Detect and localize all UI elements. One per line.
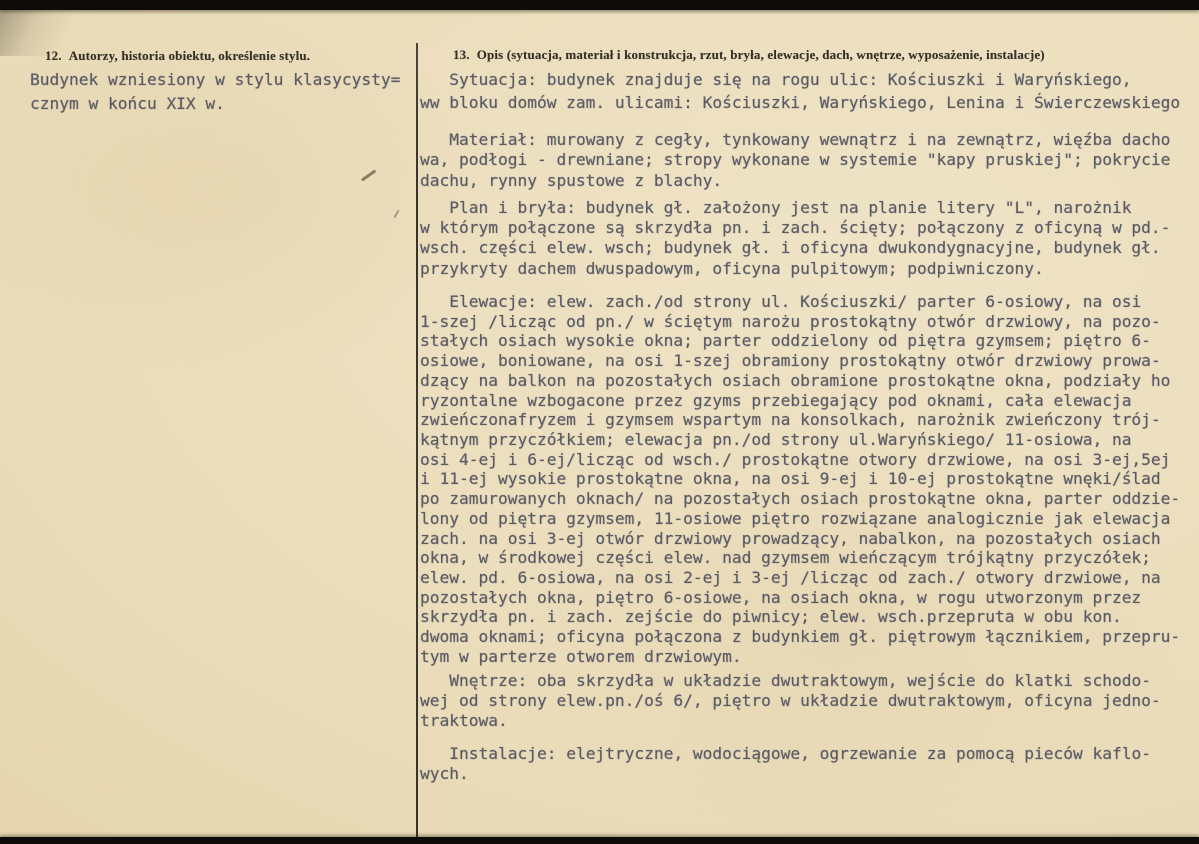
paragraph-wnetrze: Wnętrze: oba skrzydła w układzie dwutrak… xyxy=(420,671,1199,731)
section-13-number: 13. xyxy=(453,47,470,62)
paragraph-instalacje: Instalacje: elejtryczne, wodociągowe, og… xyxy=(420,744,1199,784)
paragraph-elewacje: Elewacje: elew. zach./od strony ul. Kośc… xyxy=(420,292,1199,666)
section-12-heading: 12.Autorzy, historia obiektu, określenie… xyxy=(45,48,310,64)
section-12-title: Autorzy, historia obiektu, określenie st… xyxy=(69,48,310,63)
section-12-body: Budynek wzniesiony w stylu klasycysty= c… xyxy=(30,68,415,116)
scan-edge-top xyxy=(0,0,1199,10)
scan-edge-bottom xyxy=(0,837,1199,844)
section-13-title: Opis (sytuacja, materiał i konstrukcja, … xyxy=(477,47,1045,62)
column-divider-line xyxy=(416,43,418,841)
section-12-number: 12. xyxy=(45,48,62,63)
section-13-column: 13.Opis (sytuacja, materiał i konstrukcj… xyxy=(420,47,1199,784)
pen-mark xyxy=(393,210,399,219)
pen-mark xyxy=(361,169,376,181)
paragraph-plan-i-bryla: Plan i bryła: budynek gł. założony jest … xyxy=(420,198,1199,279)
scanned-document-page: 12.Autorzy, historia obiektu, określenie… xyxy=(0,0,1199,844)
paper-sheet: 12.Autorzy, historia obiektu, określenie… xyxy=(0,10,1199,837)
paragraph-sytuacja: Sytuacja: budynek znajduje się na rogu u… xyxy=(420,68,1199,114)
paragraph-material: Materiał: murowany z cegły, tynkowany we… xyxy=(420,130,1199,191)
section-13-heading: 13.Opis (sytuacja, materiał i konstrukcj… xyxy=(420,47,1199,63)
